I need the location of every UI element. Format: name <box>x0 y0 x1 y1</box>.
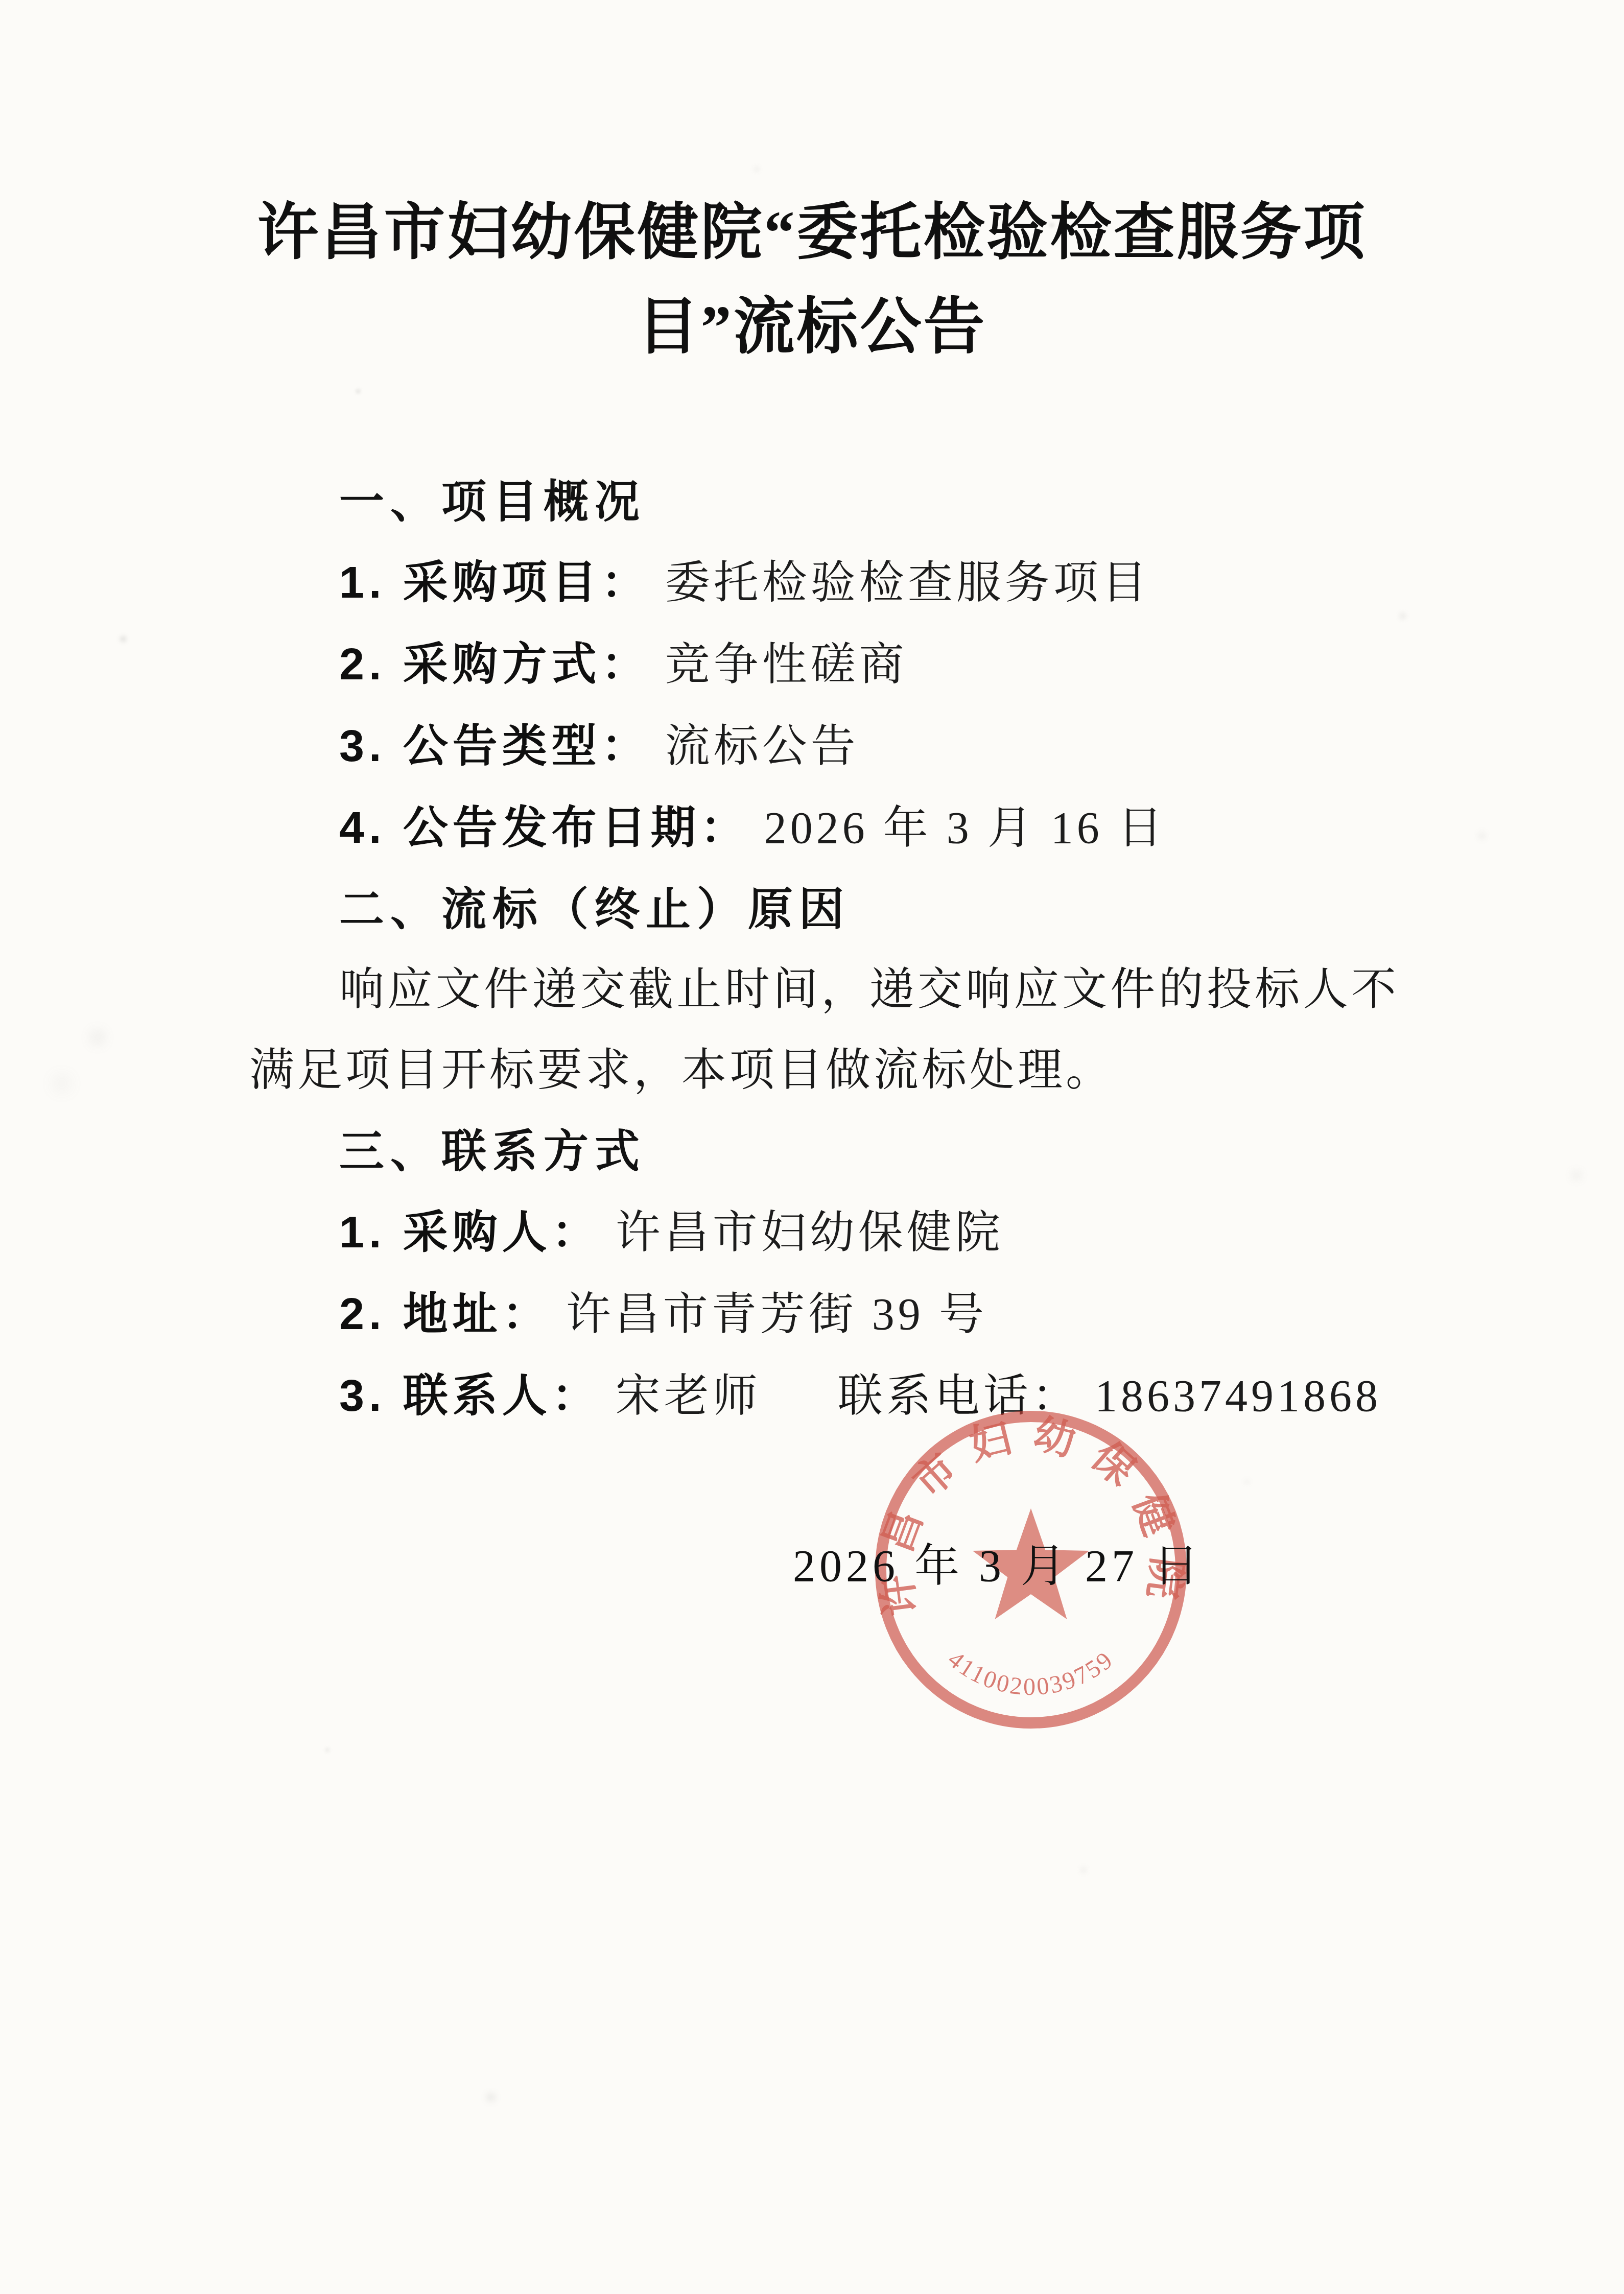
item-label: 4. 公告发布日期： <box>339 802 750 853</box>
section-heading-1: 一、项目概况 <box>249 461 1399 542</box>
seal-organization-text: 许昌市妇幼保健院 <box>873 1411 1189 1618</box>
item-label: 3. 公告类型： <box>339 720 651 771</box>
issue-date: 2026 年 3 月 27 日 <box>793 1530 1203 1594</box>
seal-number-textpath: 4110020039759 <box>943 1646 1119 1700</box>
contact-name: 宋老师 <box>616 1371 761 1421</box>
scanned-announcement-page: 许昌市妇幼保健院“委托检验检查服务项 目”流标公告 一、项目概况 1. 采购项目… <box>0 0 1624 2294</box>
item-label: 3. 联系人： <box>339 1370 601 1421</box>
official-seal: 许昌市妇幼保健院 4110020039759 <box>867 1404 1194 1736</box>
item-value: 许昌市妇幼保健院 <box>616 1208 1004 1258</box>
seal-number-text: 4110020039759 <box>943 1646 1119 1700</box>
item-value: 委托检验检查服务项目 <box>665 558 1150 608</box>
phone-number: 18637491868 <box>1095 1371 1381 1421</box>
failure-reason-paragraph: 响应文件递交截止时间，递交响应文件的投标人不满足项目开标要求，本项目做流标处理。 <box>249 950 1399 1111</box>
section-heading-3: 三、联系方式 <box>249 1111 1399 1192</box>
phone-label: 联系电话： <box>838 1371 1080 1421</box>
item-announcement-type: 3. 公告类型：流标公告 <box>249 705 1399 787</box>
seal-ring <box>881 1416 1181 1723</box>
section-heading-2: 二、流标（终止）原因 <box>249 869 1399 950</box>
document-body: 一、项目概况 1. 采购项目：委托检验检查服务项目 2. 采购方式：竞争性磋商 … <box>249 461 1399 1437</box>
item-contact: 3. 联系人：宋老师联系电话：18637491868 <box>249 1355 1399 1437</box>
seal-organization-textpath: 许昌市妇幼保健院 <box>873 1411 1189 1618</box>
item-publish-date: 4. 公告发布日期：2026 年 3 月 16 日 <box>249 787 1399 869</box>
item-label: 1. 采购人： <box>339 1207 601 1257</box>
item-procurement-project: 1. 采购项目：委托检验检查服务项目 <box>249 542 1399 624</box>
item-label: 2. 地址： <box>339 1288 552 1339</box>
title-line-1: 许昌市妇幼保健院“委托检验检查服务项 <box>174 185 1451 280</box>
item-label: 1. 采购项目： <box>339 557 651 607</box>
title-line-2: 目”流标公告 <box>174 280 1451 374</box>
item-purchaser: 1. 采购人：许昌市妇幼保健院 <box>249 1192 1399 1273</box>
page-title: 许昌市妇幼保健院“委托检验检查服务项 目”流标公告 <box>174 185 1451 374</box>
scan-noise <box>0 0 1 1</box>
item-value: 竞争性磋商 <box>665 640 908 690</box>
item-procurement-method: 2. 采购方式：竞争性磋商 <box>249 624 1399 705</box>
item-value: 流标公告 <box>665 722 859 771</box>
item-label: 2. 采购方式： <box>339 638 651 689</box>
item-value: 2026 年 3 月 16 日 <box>764 803 1166 853</box>
seal-star-icon <box>973 1508 1089 1619</box>
item-address: 2. 地址：许昌市青芳街 39 号 <box>249 1273 1399 1355</box>
item-value: 许昌市青芳街 39 号 <box>566 1290 987 1339</box>
